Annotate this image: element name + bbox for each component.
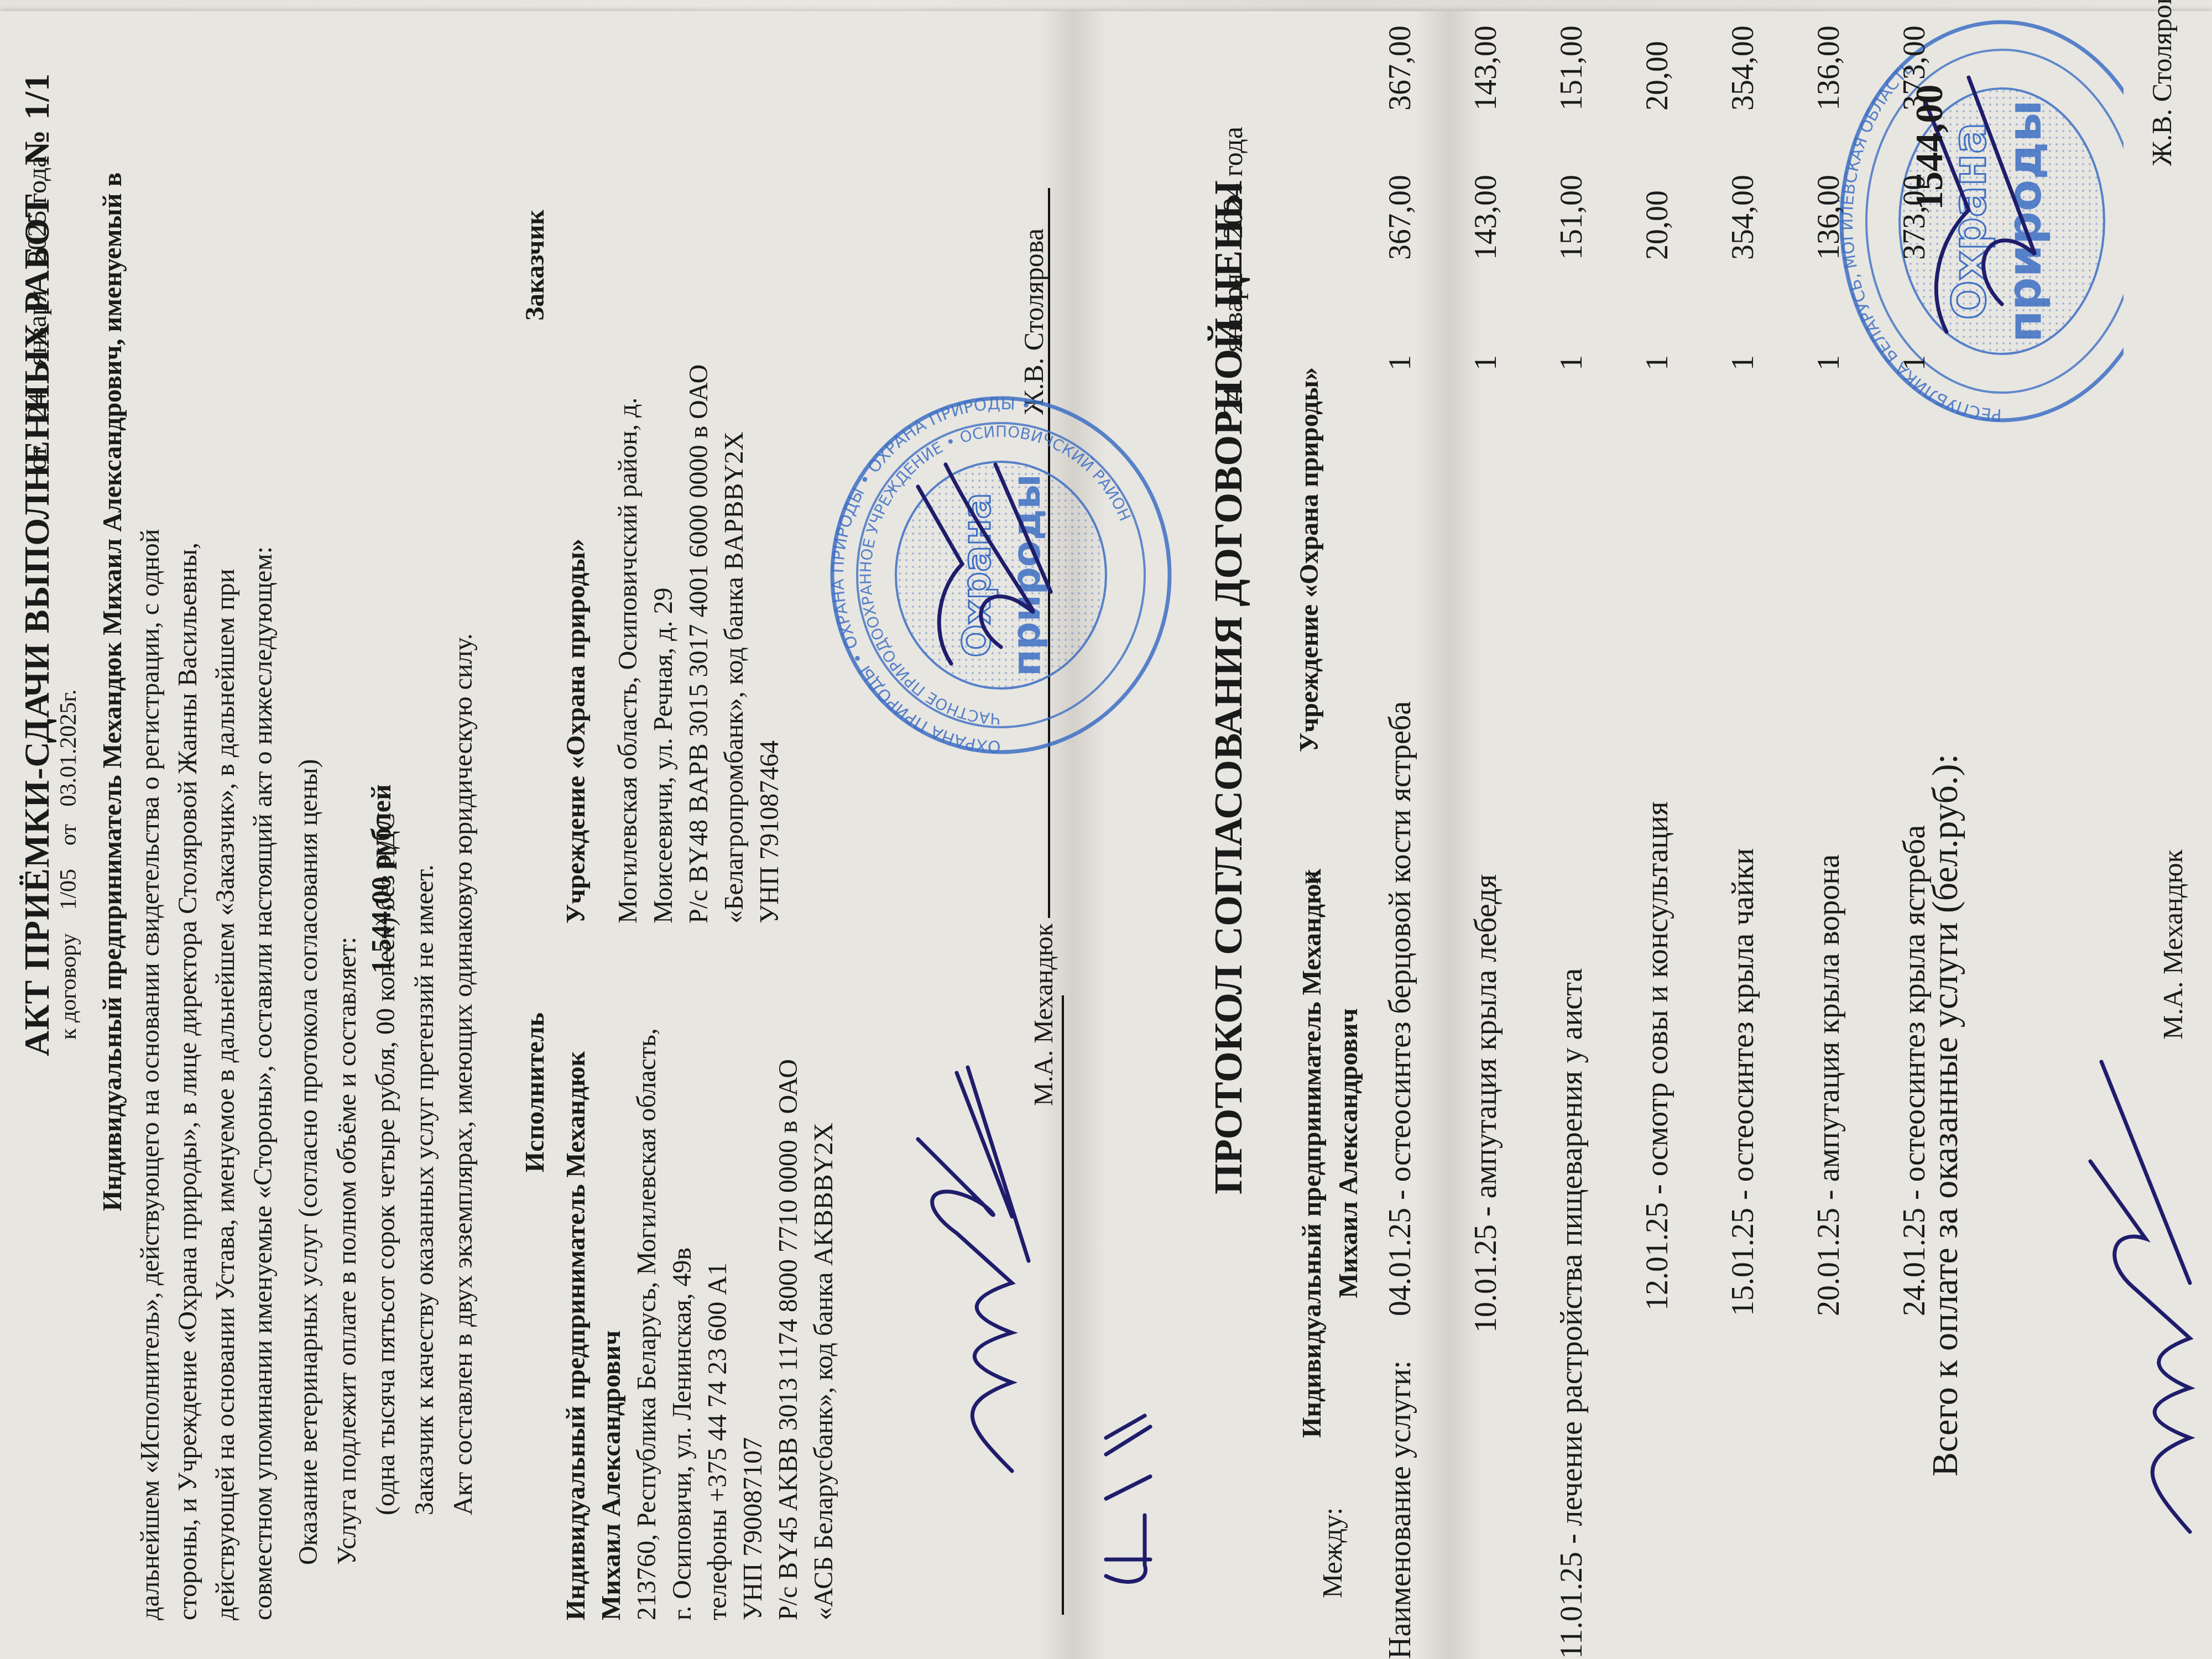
service-price: 354,00 — [1725, 175, 1761, 260]
customer-heading: Заказчик — [520, 210, 550, 321]
service-quantity: 1 — [1897, 355, 1932, 371]
service-price: 20,00 — [1640, 190, 1675, 260]
service-sum: 373,00 — [1897, 25, 1932, 111]
act-intro: Индивидуальный предприниматель Механдюк … — [94, 173, 282, 1620]
amount-in-words: (одна тысяча пятьсот сорок четыре рубля,… — [371, 813, 401, 1516]
organization-stamp-protocol: РЕСПУБЛИКА БЕЛАРУСЬ, МОГИЛЁВСКАЯ ОБЛАСТЬ… — [1836, 11, 2124, 431]
protocol-party-executor: Индивидуальный предприниматель Механдюк … — [1294, 869, 1367, 1438]
service-price: 151,00 — [1554, 175, 1589, 260]
executor-phone: телефоны +375 44 74 23 600 А1 — [700, 1028, 735, 1620]
payment-line: Услуга подлежит оплате в полном объёме и… — [332, 937, 362, 1565]
intro-line: совместном упоминании именуемые «Стороны… — [244, 173, 282, 1620]
service-name: 12.01.25 - осмотр совы и консультация — [1640, 801, 1675, 1311]
service-quantity: 1 — [1725, 355, 1761, 371]
intro-line: действующей на основании Устава, именуем… — [207, 173, 244, 1620]
services-label: Наименование услуги: — [1383, 1360, 1418, 1659]
intro-line: Индивидуальный предприниматель Механдюк … — [94, 173, 132, 1620]
executor-name: Михаил Александрович — [594, 1028, 629, 1620]
executor-bank-account: Р/с BY45 AKBB 3013 1174 8000 7710 0000 в… — [771, 1028, 806, 1620]
customer-details: Учреждение «Охрана природы» Могилевская … — [559, 364, 787, 924]
between-label: Между: — [1316, 1507, 1348, 1598]
protocol-date: 24 января 2024 года — [1217, 127, 1249, 415]
executor-name: Индивидуальный предприниматель Механдюк — [559, 1028, 594, 1620]
service-sum: 151,00 — [1554, 25, 1589, 111]
executor-details: Индивидуальный предприниматель Механдюк … — [559, 1028, 842, 1620]
executor-bank: «АСБ Беларусбанк», код банка AKBBBY2X — [806, 1028, 842, 1620]
service-name: 15.01.25 - остеосинтез крыла чайки — [1725, 848, 1761, 1316]
executor-signature — [885, 1051, 1073, 1493]
claims-line: Заказчик к качеству оказанных услуг прет… — [409, 864, 440, 1515]
organization-stamp: ОХРАНА ПРИРОДЫ • ОХРАНА ПРИРОДЫ • ОХРАНА… — [818, 376, 1183, 774]
executor-address: г. Осиповичи, ул. Ленинская, 49в — [665, 1028, 700, 1620]
party-line: Михаил Александрович — [1331, 869, 1367, 1438]
service-sum: 354,00 — [1725, 25, 1761, 111]
executor-address: 213760, Республика Беларусь, Могилевская… — [629, 1028, 665, 1620]
protocol-executor-signature: М.А. Механдюк — [2157, 849, 2189, 1040]
service-price: 143,00 — [1468, 175, 1504, 260]
document-page: АКТ ПРИЁМКИ-СДАЧИ ВЫПОЛНЕННЫХ РАБОТ № 1/… — [0, 0, 2212, 1659]
service-price: 136,00 — [1811, 175, 1846, 260]
customer-bank: «Белагропромбанк», код банка BAPBBY2X — [717, 364, 752, 924]
service-price: 367,00 — [1383, 175, 1418, 260]
customer-address: Могилевская область, Осиповичский район,… — [611, 364, 646, 924]
act-date: от 24 января 2025 года — [22, 156, 53, 470]
service-sum: 136,00 — [1811, 25, 1846, 111]
service-sum: 143,00 — [1468, 25, 1504, 111]
protocol-customer-signature: Ж.В. Столярова — [2146, 0, 2178, 166]
service-name: 04.01.25 - остеосинтез берцовой кости яс… — [1383, 701, 1418, 1316]
service-quantity: 1 — [1468, 355, 1504, 371]
customer-bank-account: Р/с BY48 BAPB 3015 3017 4001 6000 0000 в… — [681, 364, 717, 924]
executor-signature-protocol — [2079, 1051, 2212, 1548]
copies-line: Акт составлен в двух экземплярах, имеющи… — [448, 633, 478, 1515]
party-line: Индивидуальный предприниматель Механдюк — [1294, 869, 1331, 1438]
executor-heading: Исполнитель — [520, 1013, 550, 1172]
intro-line: дальнейшем «Исполнитель», действующего н… — [132, 173, 169, 1620]
customer-unp: УНП 791087464 — [752, 364, 787, 924]
executor-unp: УНП 790087107 — [735, 1028, 771, 1620]
service-name: 24.01.25 - остеосинтез крыла ястреба — [1897, 825, 1932, 1316]
protocol-party-customer: Учреждение «Охрана природы» — [1294, 367, 1324, 752]
intro-line: стороны, и Учреждение «Охрана природы», … — [169, 173, 207, 1620]
service-quantity: 1 — [1811, 355, 1846, 371]
service-quantity: 1 — [1640, 355, 1675, 371]
handwritten-note — [1084, 1394, 1172, 1593]
service-sum: 20,00 — [1640, 41, 1675, 111]
service-sum: 367,00 — [1383, 25, 1418, 111]
customer-address: Моисеевичи, ул. Речная, д. 29 — [646, 364, 681, 924]
service-quantity: 1 — [1383, 355, 1418, 371]
customer-name: Учреждение «Охрана природы» — [559, 364, 594, 924]
service-price: 373,00 — [1897, 175, 1932, 260]
service-quantity: 1 — [1554, 355, 1589, 371]
service-name: 11.01.25 - лечение растройства пищеварен… — [1554, 968, 1589, 1659]
and-label: и — [1294, 870, 1324, 885]
service-name: 10.01.25 - ампутация крыла лебедя — [1468, 874, 1504, 1333]
service-description: Оказание ветеринарных услуг (согласно пр… — [293, 759, 324, 1565]
contract-reference: к договору 1/05 от 03.01.2025г. — [55, 690, 82, 1040]
service-name: 20.01.25 - ампутация крыла ворона — [1811, 854, 1846, 1316]
